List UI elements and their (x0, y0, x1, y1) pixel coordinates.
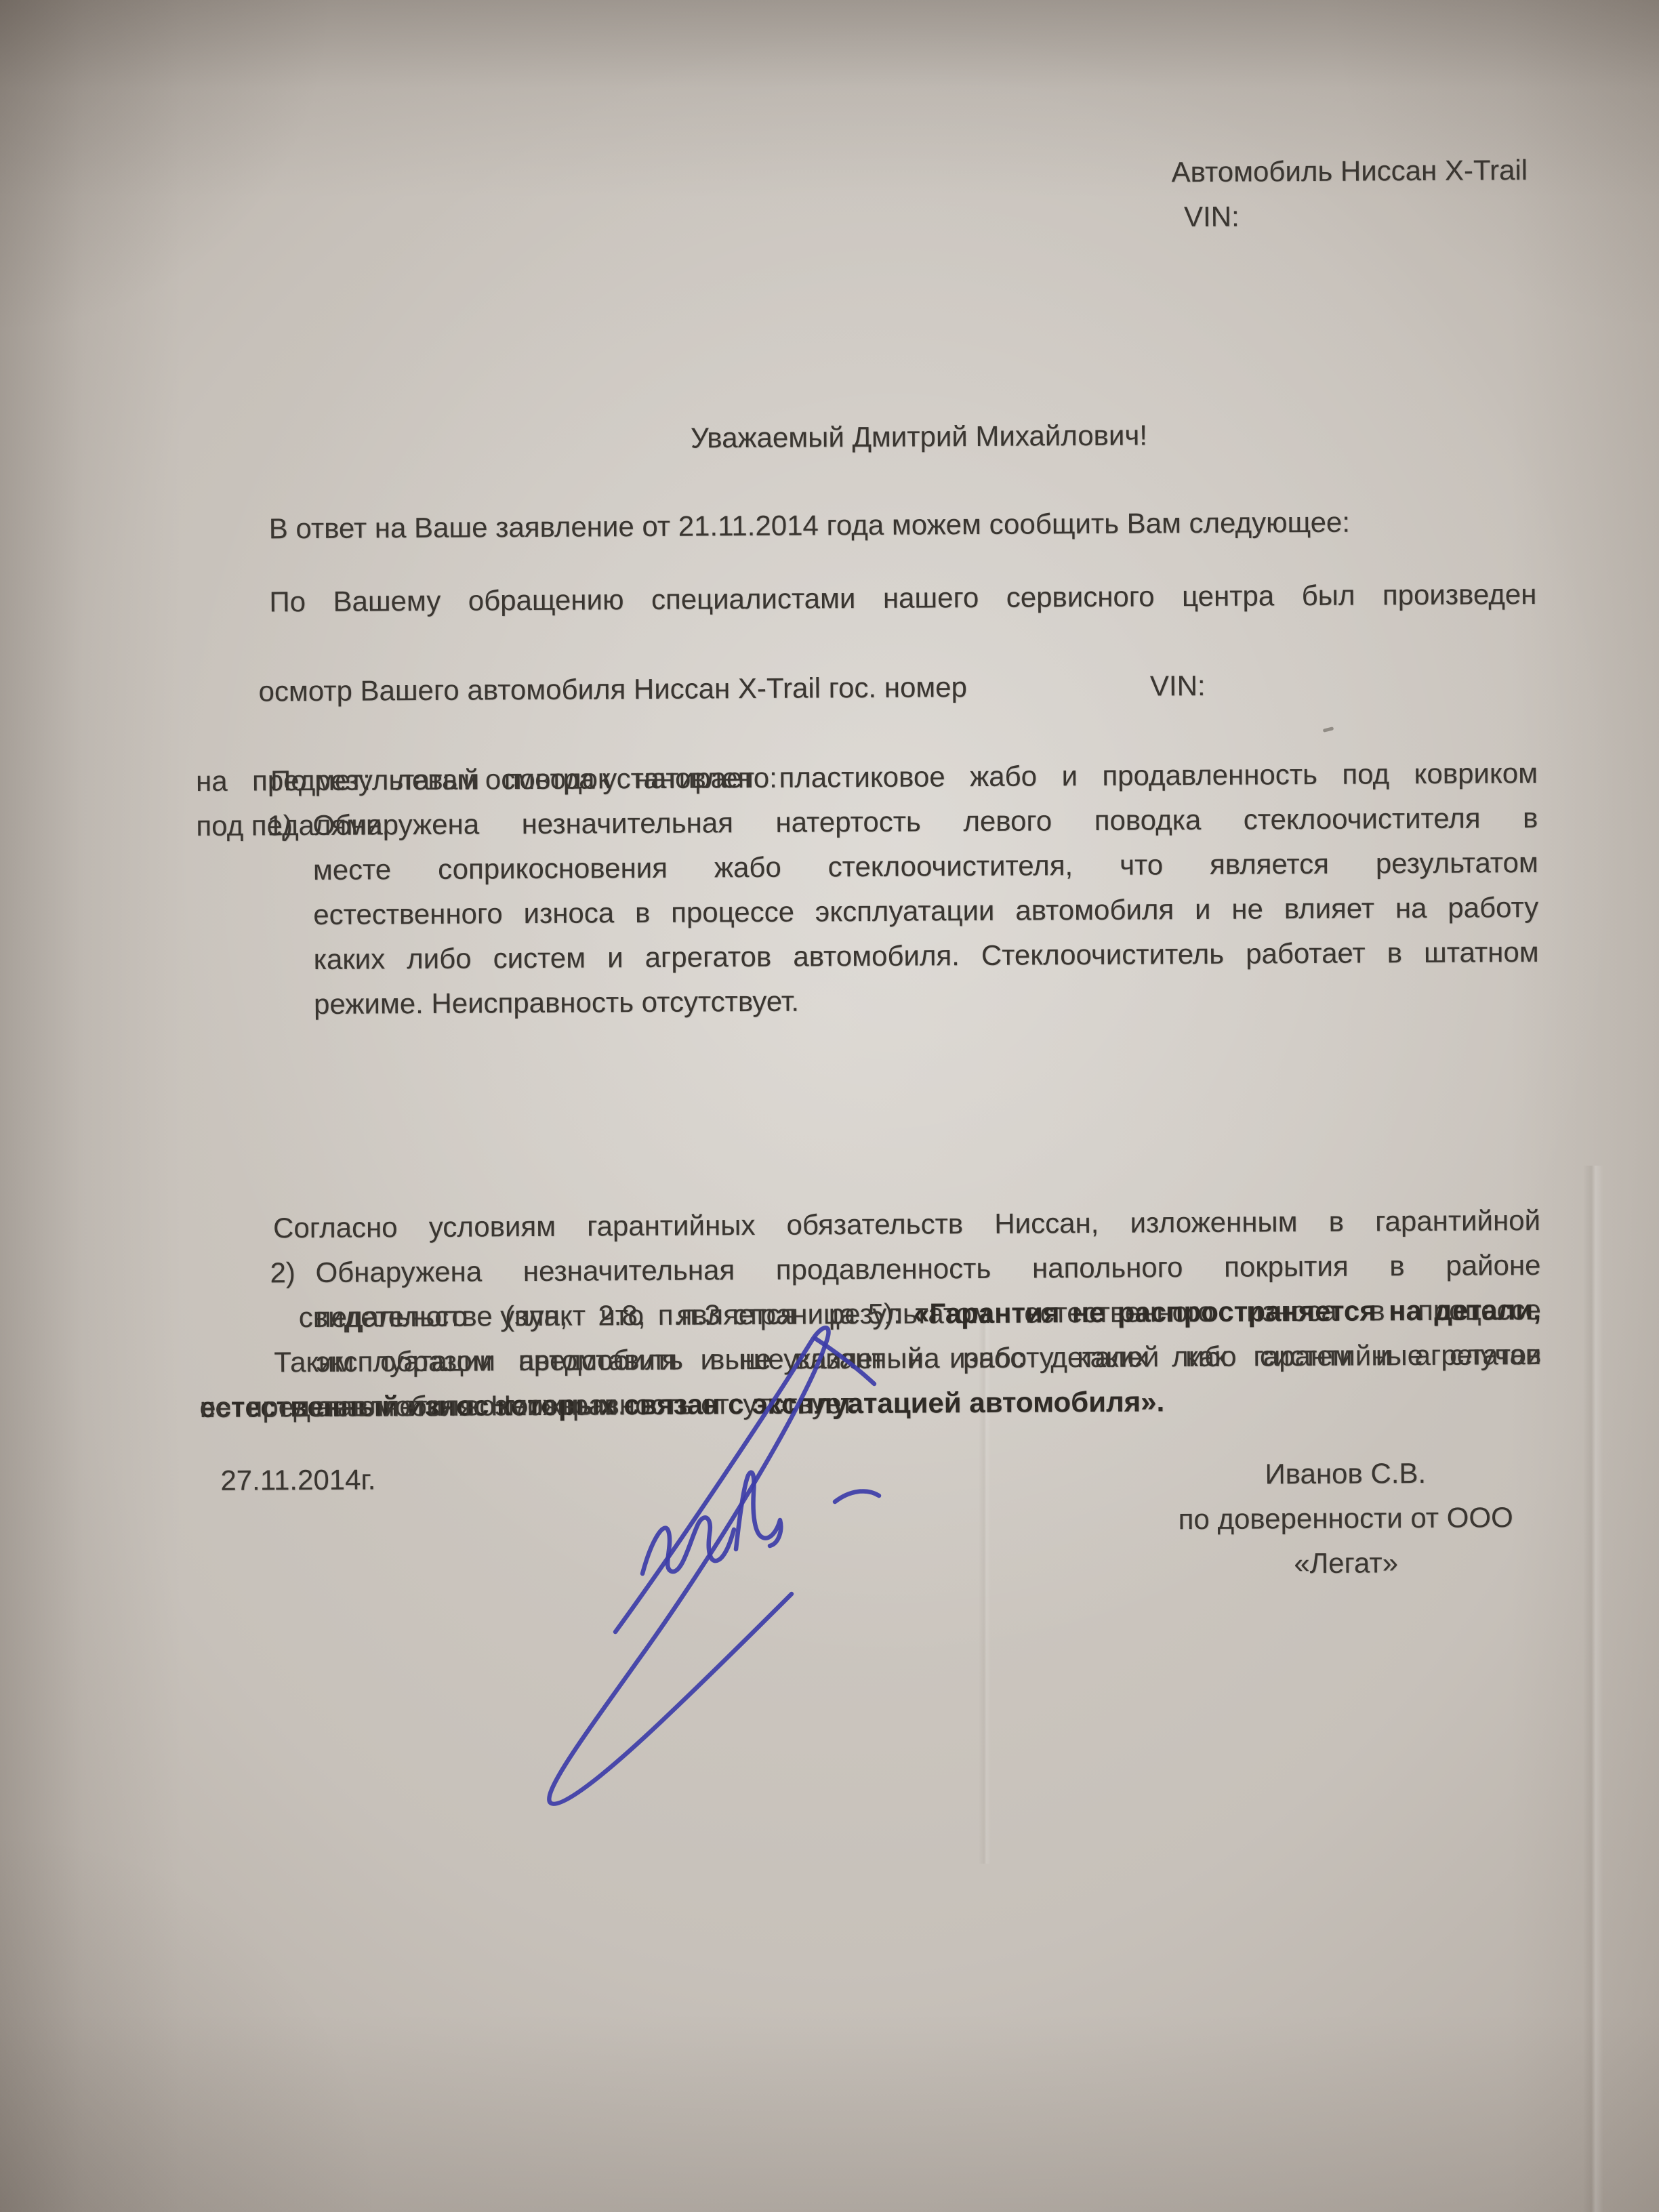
warranty-line-2-normal: свидетельстве (пункт 2.8, п.п.3 страница… (299, 1298, 914, 1334)
intro-line: В ответ на Ваше заявление от 21.11.2014 … (194, 498, 1611, 552)
letter-header: Автомобиль Ниссан X-Trail VIN: (1171, 148, 1534, 239)
vin-header-line: VIN: (1172, 192, 1534, 239)
finding-1-line-5: режиме. Неисправность отсутствует. (314, 975, 1539, 1027)
finding-item-1: 1) Обнаружена незначительная натертость … (196, 796, 1539, 1027)
finding-1-line-1: Обнаружена незначительная натертость лев… (312, 796, 1538, 848)
finding-1-line-3: естественного износа в процессе эксплуат… (313, 885, 1538, 937)
signer-block: Иванов С.В. по доверенности от ООО «Лега… (1142, 1450, 1549, 1587)
signer-name: Иванов С.В. (1142, 1450, 1549, 1498)
vehicle-model-line: Автомобиль Ниссан X-Trail (1171, 148, 1534, 194)
paper-crease-right (1583, 1166, 1603, 2212)
finding-1-line-2: месте соприкосновения жабо стеклоочистит… (313, 840, 1538, 893)
finding-1-number: 1) (267, 803, 293, 848)
date-line: 27.11.2014г. (220, 1456, 627, 1503)
conclusion-line-2: не представляется возможным. (199, 1377, 1541, 1430)
warranty-quote-start: «Гарантия не распространяется на детали, (914, 1294, 1541, 1330)
inspection-line-1: По Вашему обращению специалистами нашего… (194, 572, 1536, 625)
photographed-letter: Автомобиль Ниссан X-Trail VIN: Уважаемый… (0, 0, 1659, 2212)
salutation-line: Уважаемый Дмитрий Михайлович! (194, 411, 1536, 464)
signer-authority: по доверенности от ООО «Легат» (1143, 1495, 1550, 1587)
letter-body: Автомобиль Ниссан X-Trail VIN: Уважаемый… (191, 0, 1547, 2212)
vin-inline-label: VIN: (1150, 663, 1206, 708)
inspection-line-2-text: осмотр Вашего автомобиля Ниссан X-Trail … (258, 671, 967, 707)
finding-1-line-4: каких либо систем и агрегатов автомобиля… (313, 930, 1538, 982)
inspection-line-2: осмотр Вашего автомобиля Ниссан X-Trail … (195, 617, 1538, 759)
warranty-line-1: Согласно условиям гарантийных обязательс… (199, 1198, 1540, 1251)
conclusion-paragraph: Таким образом представить вышеуказанный … (199, 1332, 1542, 1430)
conclusion-line-1: Таким образом представить вышеуказанный … (199, 1332, 1541, 1385)
